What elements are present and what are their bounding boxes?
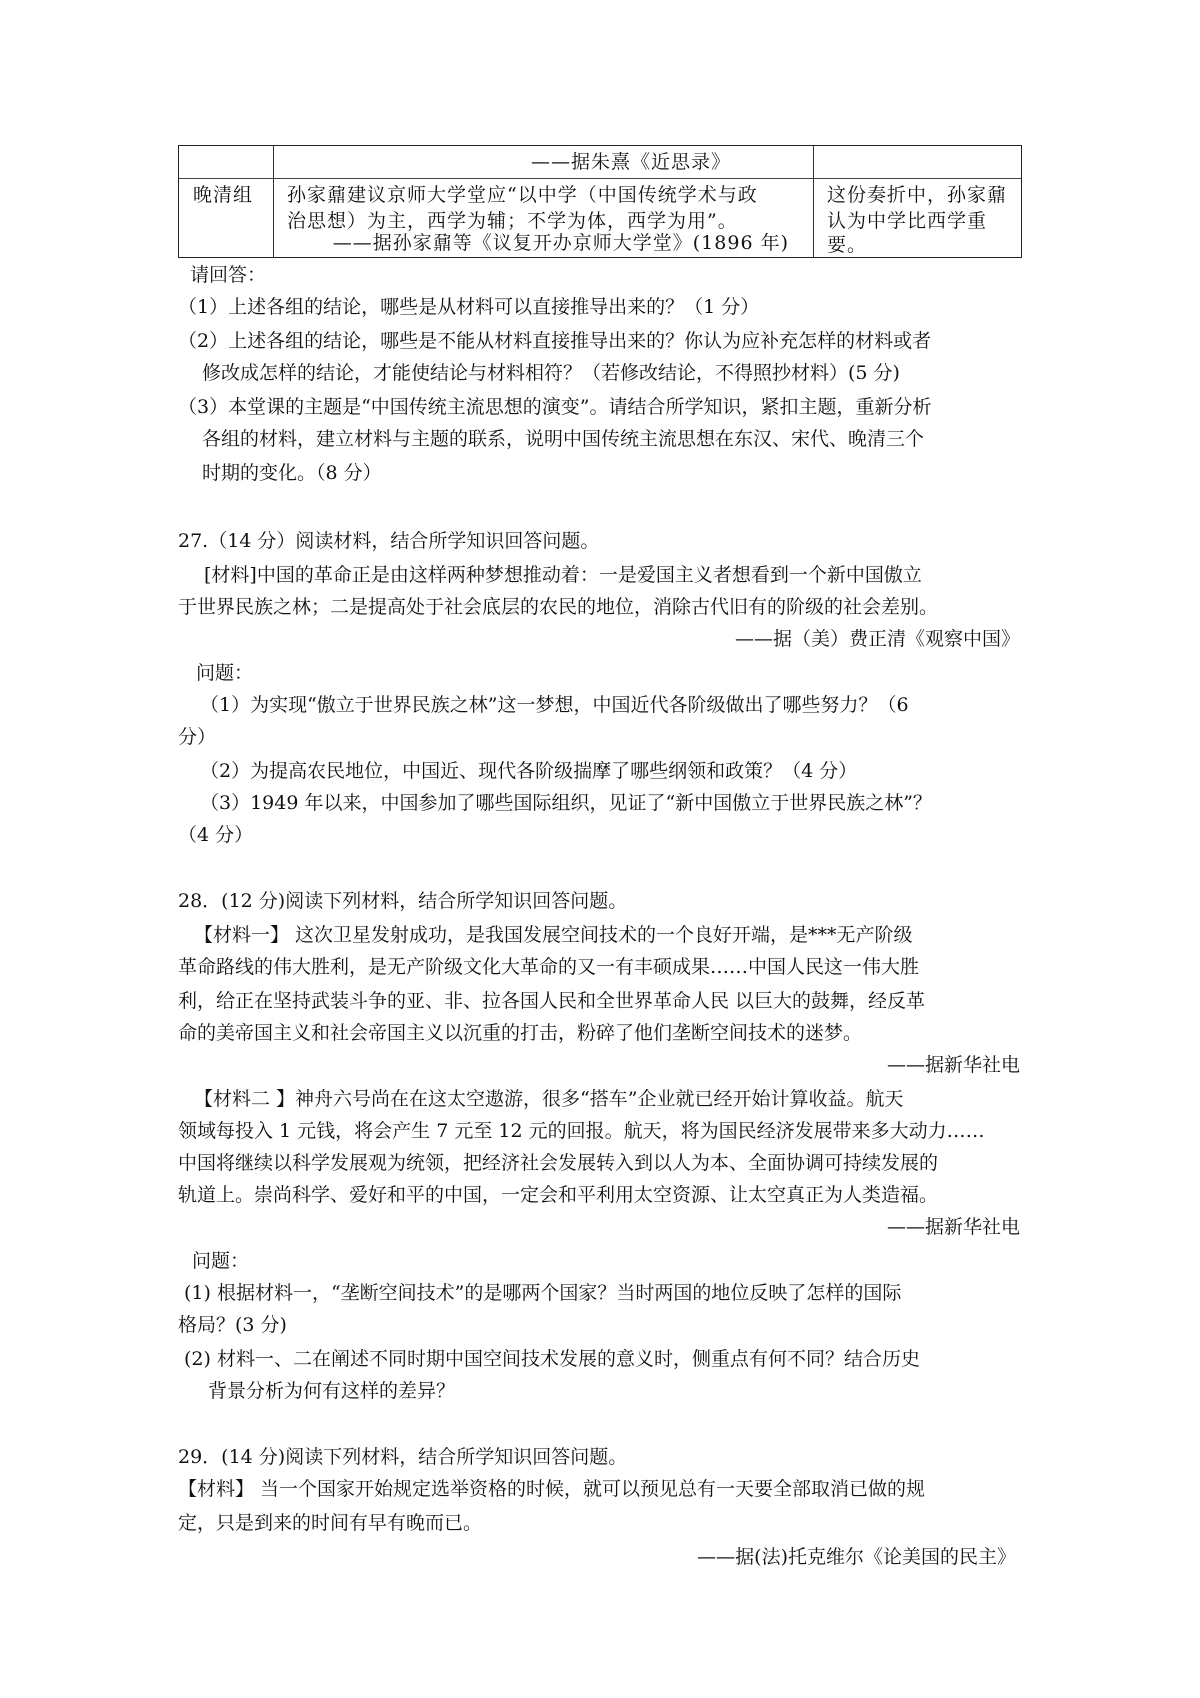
q28-heading: 28．(12 分)阅读下列材料，结合所学知识回答问题。	[178, 888, 627, 914]
q28-questions-label: 问题：	[192, 1248, 249, 1274]
exam-page: ——据朱熹《近思录》 晚清组 孙家鼐建议京师大学堂应“以中学（中国传统学术与政 …	[0, 0, 1200, 1698]
q29-source: ——据(法)托克维尔《论美国的民主》	[697, 1544, 1016, 1570]
q26-item-1: （1）上述各组的结论，哪些是从材料可以直接推导出来的？（1 分）	[178, 294, 759, 320]
q26-item-3-cont: 各组的材料，建立材料与主题的联系，说明中国传统主流思想在东汉、宋代、晚清三个	[202, 426, 924, 452]
q28-material1-line: 【材料一】 这次卫星发射成功，是我国发展空间技术的一个良好开端，是***无产阶级	[194, 922, 913, 948]
q29-material-line: 定，只是到来的时间有早有晚而已。	[178, 1510, 482, 1536]
q27-question-3: （3）1949 年以来，中国参加了哪些国际组织，见证了“新中国傲立于世界民族之林…	[200, 790, 932, 816]
table-column-divider	[813, 146, 814, 257]
q28-question-1: (1) 根据材料一，“垄断空间技术”的是哪两个国家？当时两国的地位反映了怎样的国…	[184, 1280, 901, 1306]
table-conclusion-line: 要。	[827, 230, 867, 260]
q28-material2-line: 【材料二 】神舟六号尚在在这太空遨游，很多“搭车”企业就已经开始计算收益。航天	[194, 1086, 903, 1112]
table-source-zhuxi: ——据朱熹《近思录》	[531, 147, 731, 177]
q26-item-2-cont: 修改成怎样的结论，才能使结论与材料相符？（若修改结论，不得照抄材料）(5 分)	[202, 360, 900, 386]
material-table: ——据朱熹《近思录》 晚清组 孙家鼐建议京师大学堂应“以中学（中国传统学术与政 …	[178, 145, 1022, 258]
q28-material2-line: 轨道上。崇尚科学、爱好和平的中国，一定会和平利用太空资源、让太空真正为人类造福。	[178, 1182, 938, 1208]
q26-item-3-cont: 时期的变化。（8 分）	[202, 460, 382, 486]
table-row-divider	[179, 178, 1021, 179]
q27-question-1-cont: 分）	[178, 724, 216, 750]
q29-material-line: 【材料】 当一个国家开始规定选举资格的时候，就可以预见总有一天要全部取消已做的规	[178, 1476, 925, 1502]
q27-question-3-cont: （4 分）	[178, 822, 253, 848]
q27-question-1: （1）为实现“傲立于世界民族之林”这一梦想，中国近代各阶级做出了哪些努力？（6	[200, 692, 909, 718]
table-group-label: 晚清组	[193, 180, 253, 210]
q27-material-line: 于世界民族之林；二是提高处于社会底层的农民的地位，消除古代旧有的阶级的社会差别。	[178, 594, 938, 620]
answer-prompt: 请回答：	[190, 262, 266, 288]
q26-item-3: （3）本堂课的主题是“中国传统主流思想的演变”。请结合所学知识，紧扣主题，重新分…	[178, 394, 932, 420]
q28-material1-line: 利，给正在坚持武装斗争的亚、非、拉各国人民和全世界革命人民 以巨大的鼓舞，经反革	[178, 988, 925, 1014]
table-column-divider	[273, 146, 274, 257]
q27-material-line: [材料]中国的革命正是由这样两种梦想推动着：一是爱国主义者想看到一个新中国傲立	[204, 562, 922, 588]
q28-question-1-cont: 格局？(3 分)	[178, 1312, 287, 1338]
q28-material1-source: ——据新华社电	[887, 1052, 1020, 1078]
q27-heading: 27.（14 分）阅读材料，结合所学知识回答问题。	[178, 528, 599, 554]
q27-questions-label: 问题：	[196, 660, 253, 686]
q28-material2-line: 中国将继续以科学发展观为统领，把经济社会发展转入到以人为本、全面协调可持续发展的	[178, 1150, 938, 1176]
table-source-sunjianai: ——据孙家鼐等《议复开办京师大学堂》(1896 年)	[333, 228, 789, 258]
q27-source: ——据（美）费正清《观察中国》	[735, 626, 1020, 652]
q29-heading: 29．(14 分)阅读下列材料，结合所学知识回答问题。	[178, 1444, 627, 1470]
q28-material1-line: 命的美帝国主义和社会帝国主义以沉重的打击，粉碎了他们垄断空间技术的迷梦。	[178, 1020, 862, 1046]
q28-material2-line: 领域每投入 1 元钱，将会产生 7 元至 12 元的回报。航天，将为国民经济发展…	[178, 1118, 985, 1144]
q28-question-2: (2) 材料一、二在阐述不同时期中国空间技术发展的意义时，侧重点有何不同？结合历…	[184, 1346, 920, 1372]
q28-material1-line: 革命路线的伟大胜利，是无产阶级文化大革命的又一有丰硕成果……中国人民这一伟大胜	[178, 954, 919, 980]
q27-question-2: （2）为提高农民地位，中国近、现代各阶级揣摩了哪些纲领和政策？（4 分）	[200, 758, 857, 784]
q26-item-2: （2）上述各组的结论，哪些是不能从材料直接推导出来的？你认为应补充怎样的材料或者	[178, 328, 931, 354]
q28-question-2-cont: 背景分析为何有这样的差异？	[208, 1378, 455, 1404]
q28-material2-source: ——据新华社电	[887, 1214, 1020, 1240]
